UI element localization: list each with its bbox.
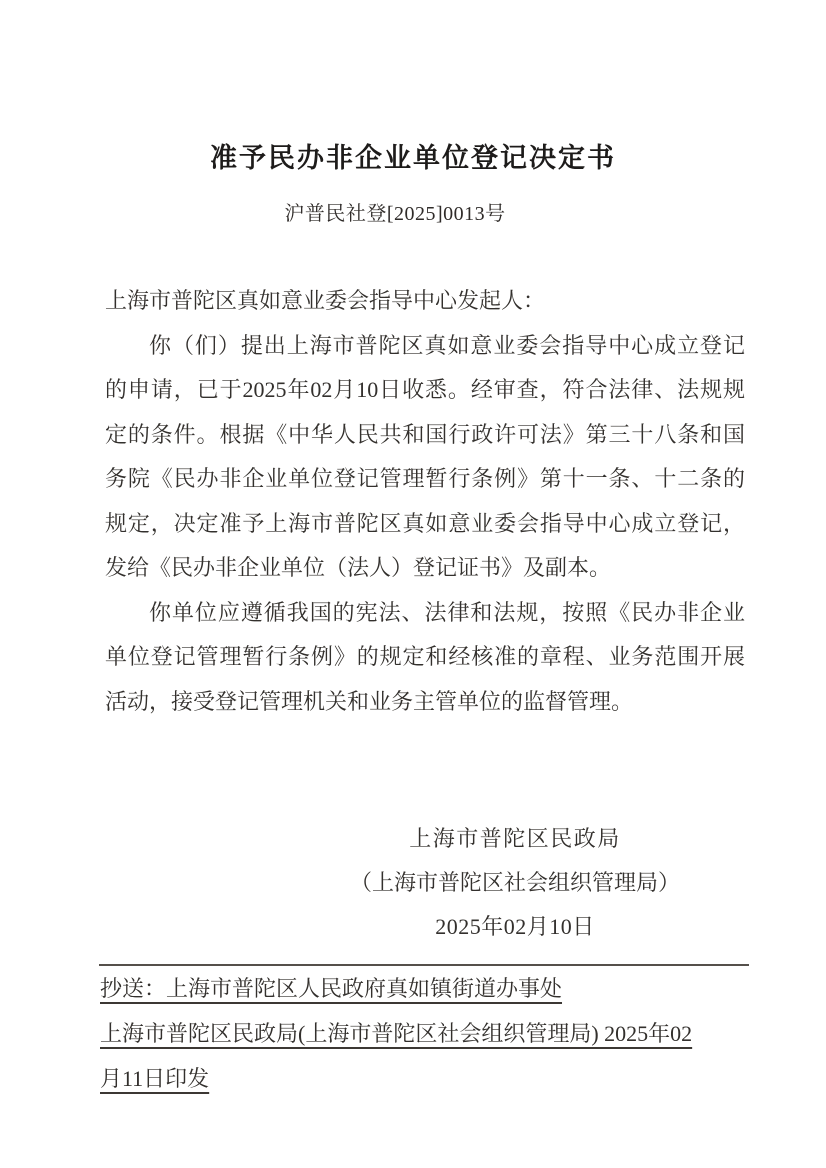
issue-line-2-text: 月11日印发 xyxy=(100,1066,209,1091)
body-line: 单位登记管理暂行条例》的规定和经核准的章程、业务范围开展 xyxy=(105,635,745,680)
body-line: 规定，决定准予上海市普陀区真如意业委会指导中心成立登记， xyxy=(105,502,745,547)
decision-date: 2025年02月10日 xyxy=(299,905,731,949)
document-number: 沪普民社登[2025]0013号 xyxy=(0,197,790,226)
issuing-authority-alias: （上海市普陀区社会组织管理局） xyxy=(299,861,731,905)
document-title: 准予民办非企业单位登记决定书 xyxy=(0,136,826,175)
body-line: 发给《民办非企业单位（法人）登记证书》及副本。 xyxy=(105,546,745,591)
body-line: 定的条件。根据《中华人民共和国行政许可法》第三十八条和国 xyxy=(105,413,745,458)
cc-line-text: 抄送：上海市普陀区人民政府真如镇街道办事处 xyxy=(100,976,562,1001)
signature-block: 上海市普陀区民政局 （上海市普陀区社会组织管理局） 2025年02月10日 xyxy=(299,817,731,949)
issue-line-1: 上海市普陀区民政局(上海市普陀区社会组织管理局) 2025年02 xyxy=(100,1011,748,1056)
document-footer: 抄送：上海市普陀区人民政府真如镇街道办事处 上海市普陀区民政局(上海市普陀区社会… xyxy=(100,966,748,1101)
issue-line-2: 月11日印发 xyxy=(100,1056,748,1101)
body-line: 你（们）提出上海市普陀区真如意业委会指导中心成立登记 xyxy=(105,324,745,369)
body-line: 的申请，已于2025年02月10日收悉。经审查，符合法律、法规规 xyxy=(105,368,745,413)
body-line: 务院《民办非企业单位登记管理暂行条例》第十一条、十二条的 xyxy=(105,457,745,502)
body-line: 活动，接受登记管理机关和业务主管单位的监督管理。 xyxy=(105,680,745,725)
body-line: 你单位应遵循我国的宪法、法律和法规，按照《民办非企业 xyxy=(105,591,745,636)
salutation-line: 上海市普陀区真如意业委会指导中心发起人： xyxy=(105,279,745,324)
issue-line-1-text: 上海市普陀区民政局(上海市普陀区社会组织管理局) 2025年02 xyxy=(100,1021,692,1046)
scanned-document-page: 准予民办非企业单位登记决定书 沪普民社登[2025]0013号 上海市普陀区真如… xyxy=(0,0,826,1168)
cc-line: 抄送：上海市普陀区人民政府真如镇街道办事处 xyxy=(100,966,748,1011)
issuing-authority: 上海市普陀区民政局 xyxy=(299,817,731,861)
document-body: 上海市普陀区真如意业委会指导中心发起人： 你（们）提出上海市普陀区真如意业委会指… xyxy=(105,279,745,724)
